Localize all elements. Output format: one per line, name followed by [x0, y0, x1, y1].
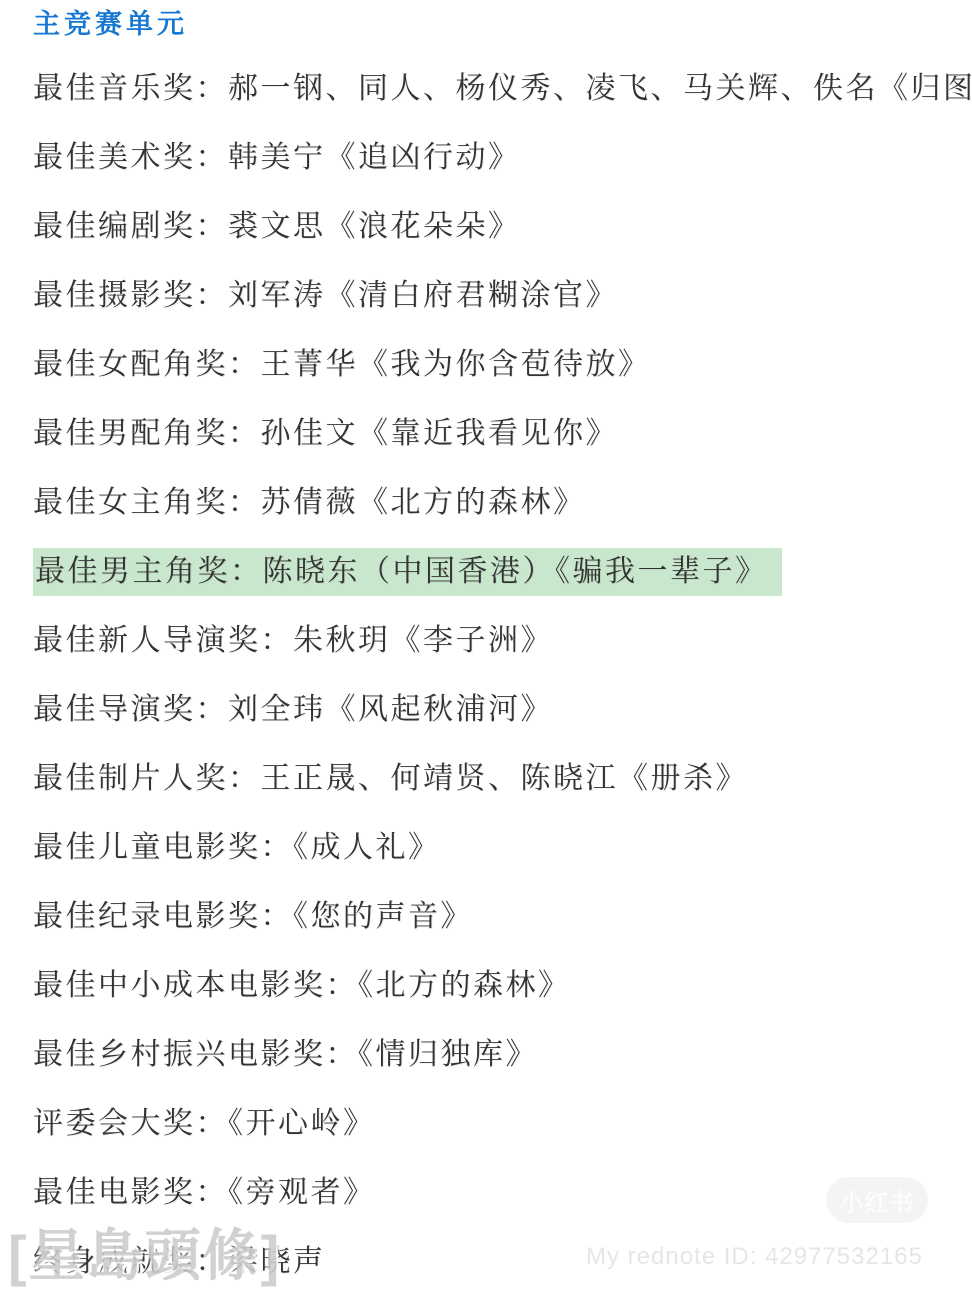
- award-line: 最佳纪录电影奖：《您的声音》: [33, 901, 952, 932]
- award-line: 最佳女配角奖：王菁华《我为你含苞待放》: [33, 349, 952, 380]
- award-line: 最佳美术奖：韩美宁《追凶行动》: [33, 142, 952, 173]
- awards-list: 最佳音乐奖：郝一钢、同人、杨仪秀、凌飞、马关辉、佚名《归图》 最佳美术奖：韩美宁…: [33, 73, 952, 1277]
- rednote-logo-badge: 小红书: [826, 1177, 928, 1223]
- award-text: 最佳美术奖：韩美宁《追凶行动》: [33, 141, 521, 174]
- award-line-highlighted: 最佳男主角奖：陈晓东（中国香港）《骗我一辈子》: [33, 556, 952, 587]
- award-text: 最佳男配角奖：孙佳文《靠近我看见你》: [33, 417, 618, 450]
- award-text: 最佳制片人奖：王正晟、何靖贤、陈晓江《册杀》: [33, 762, 748, 795]
- rednote-id-watermark: My rednote ID: 42977532165: [586, 1243, 923, 1271]
- award-line: 最佳编剧奖：裘文思《浪花朵朵》: [33, 211, 952, 242]
- award-text: 最佳中小成本电影奖：《北方的森林》: [33, 969, 571, 1002]
- award-text: 最佳摄影奖：刘军涛《清白府君糊涂官》: [33, 279, 618, 312]
- rednote-logo-text: 小红书: [840, 1183, 915, 1218]
- award-text: 最佳新人导演奖：朱秋玥《李子洲》: [33, 624, 553, 657]
- award-text: 最佳音乐奖：郝一钢、同人、杨仪秀、凌飞、马关辉、佚名《归图》: [33, 72, 972, 105]
- award-text: 最佳编剧奖：裘文思《浪花朵朵》: [33, 210, 521, 243]
- award-line: 最佳男配角奖：孙佳文《靠近我看见你》: [33, 418, 952, 449]
- award-text: 评委会大奖：《开心岭》: [33, 1107, 376, 1140]
- award-text: 最佳女主角奖：苏倩薇《北方的森林》: [33, 486, 586, 519]
- award-text: 最佳乡村振兴电影奖：《情归独库》: [33, 1038, 538, 1071]
- award-text: 最佳导演奖：刘全玮《风起秋浦河》: [33, 693, 553, 726]
- award-line: 最佳制片人奖：王正晟、何靖贤、陈晓江《册杀》: [33, 763, 952, 794]
- award-line: 最佳电影奖：《旁观者》: [33, 1177, 952, 1208]
- award-text: 最佳女配角奖：王菁华《我为你含苞待放》: [33, 348, 651, 381]
- award-line: 最佳中小成本电影奖：《北方的森林》: [33, 970, 952, 1001]
- source-logo-watermark: [星島頭條]: [8, 1212, 281, 1292]
- award-text: 最佳男主角奖：陈晓东（中国香港）《骗我一辈子》: [33, 548, 782, 596]
- award-line: 最佳新人导演奖：朱秋玥《李子洲》: [33, 625, 952, 656]
- award-text: 最佳儿童电影奖：《成人礼》: [33, 831, 441, 864]
- award-line: 最佳儿童电影奖：《成人礼》: [33, 832, 952, 863]
- award-line: 最佳乡村振兴电影奖：《情归独库》: [33, 1039, 952, 1070]
- award-line: 最佳女主角奖：苏倩薇《北方的森林》: [33, 487, 952, 518]
- award-text: 最佳电影奖：《旁观者》: [33, 1176, 376, 1209]
- award-line: 最佳音乐奖：郝一钢、同人、杨仪秀、凌飞、马关辉、佚名《归图》: [33, 73, 952, 104]
- award-line: 最佳导演奖：刘全玮《风起秋浦河》: [33, 694, 952, 725]
- award-line: 评委会大奖：《开心岭》: [33, 1108, 952, 1139]
- award-line: 最佳摄影奖：刘军涛《清白府君糊涂官》: [33, 280, 952, 311]
- section-heading: 主竞赛单元: [33, 8, 952, 40]
- award-text: 最佳纪录电影奖：《您的声音》: [33, 900, 473, 933]
- page: 主竞赛单元 最佳音乐奖：郝一钢、同人、杨仪秀、凌飞、马关辉、佚名《归图》 最佳美…: [0, 0, 972, 1302]
